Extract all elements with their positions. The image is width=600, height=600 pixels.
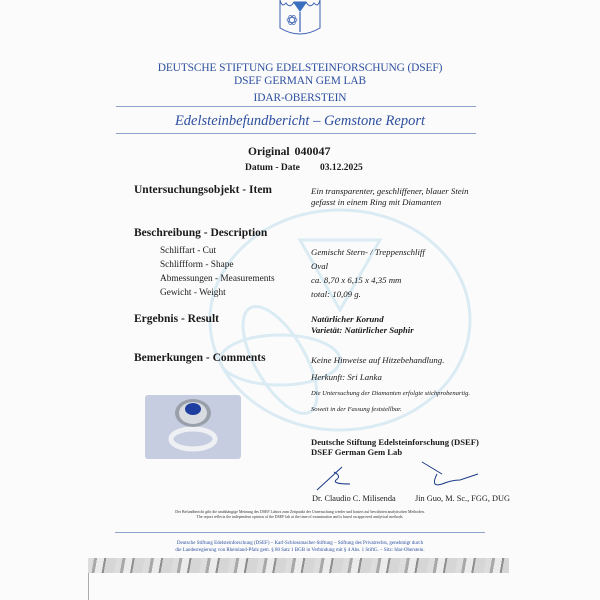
comment-setting: Soweit in der Fassung feststellbar. — [311, 406, 402, 413]
date-label: Datum - Date — [245, 163, 300, 173]
signature-lab-de: Deutsche Stiftung Edelsteinforschung (DS… — [311, 437, 479, 447]
org-name-de: DEUTSCHE STIFTUNG EDELSTEINFORSCHUNG (DS… — [0, 62, 600, 74]
signer-milisenda: Dr. Claudio C. Milisenda — [312, 494, 396, 503]
header-rule — [116, 106, 476, 107]
cut-value: Gemischt Stern- / Treppenschliff — [311, 247, 425, 258]
dsef-logo-icon — [268, 0, 332, 36]
shape-label: Schliffform - Shape — [160, 260, 234, 270]
comment-heat: Keine Hinweise auf Hitzebehandlung. — [311, 355, 444, 366]
weight-value: total: 10,09 g. — [311, 289, 361, 300]
ring-icon — [145, 395, 241, 459]
item-value-line2: gefasst in einem Ring mit Diamanten — [311, 197, 441, 208]
disclaimer-en: The report reflects the independent opin… — [0, 515, 600, 520]
date-value: 03.12.2025 — [320, 163, 363, 173]
result-line2: Varietät: Natürlicher Saphir — [311, 325, 414, 336]
title-rule — [116, 133, 476, 134]
report-title: Edelsteinbefundbericht – Gemstone Report — [0, 113, 600, 130]
org-city: IDAR-OBERSTEIN — [0, 92, 600, 104]
signature-lab-en: DSEF German Gem Lab — [311, 447, 402, 457]
comments-label: Bemerkungen - Comments — [134, 352, 266, 364]
signature-guo-icon — [412, 458, 482, 492]
item-label: Untersuchungsobjekt - Item — [134, 184, 272, 196]
original-number: Original040047 — [248, 144, 331, 159]
measurements-label: Abmessungen - Measurements — [160, 274, 275, 284]
footer-line2: die Landesregierung von Rheinland-Pfalz … — [0, 547, 600, 554]
cut-label: Schliffart - Cut — [160, 246, 216, 256]
weight-label: Gewicht - Weight — [160, 288, 226, 298]
comment-origin: Herkunft: Sri Lanka — [311, 372, 382, 383]
decorative-border-band — [88, 558, 509, 573]
org-name-en: DSEF GERMAN GEM LAB — [0, 75, 600, 87]
footer-line1: Deutsche Stiftung Edelsteinforschung (DS… — [0, 540, 600, 547]
footer-rule — [115, 532, 485, 533]
shape-value: Oval — [311, 261, 328, 272]
item-value-line1: Ein transparenter, geschliffener, blauer… — [311, 186, 469, 197]
original-value: 040047 — [295, 144, 331, 158]
signature-milisenda-icon — [312, 462, 372, 492]
original-label: Original — [248, 146, 290, 158]
ring-photo — [145, 395, 241, 459]
comment-diamonds: Die Untersuchung der Diamanten erfolgte … — [311, 390, 470, 397]
signer-guo: Jin Guo, M. Sc., FGG, DUG — [415, 494, 510, 503]
measurements-value: ca. 8,70 x 6,15 x 4,35 mm — [311, 275, 401, 286]
result-label: Ergebnis - Result — [134, 313, 219, 325]
result-line1: Natürlicher Korund — [311, 314, 384, 325]
description-label: Beschreibung - Description — [134, 227, 267, 239]
page-edge-line — [88, 573, 89, 600]
